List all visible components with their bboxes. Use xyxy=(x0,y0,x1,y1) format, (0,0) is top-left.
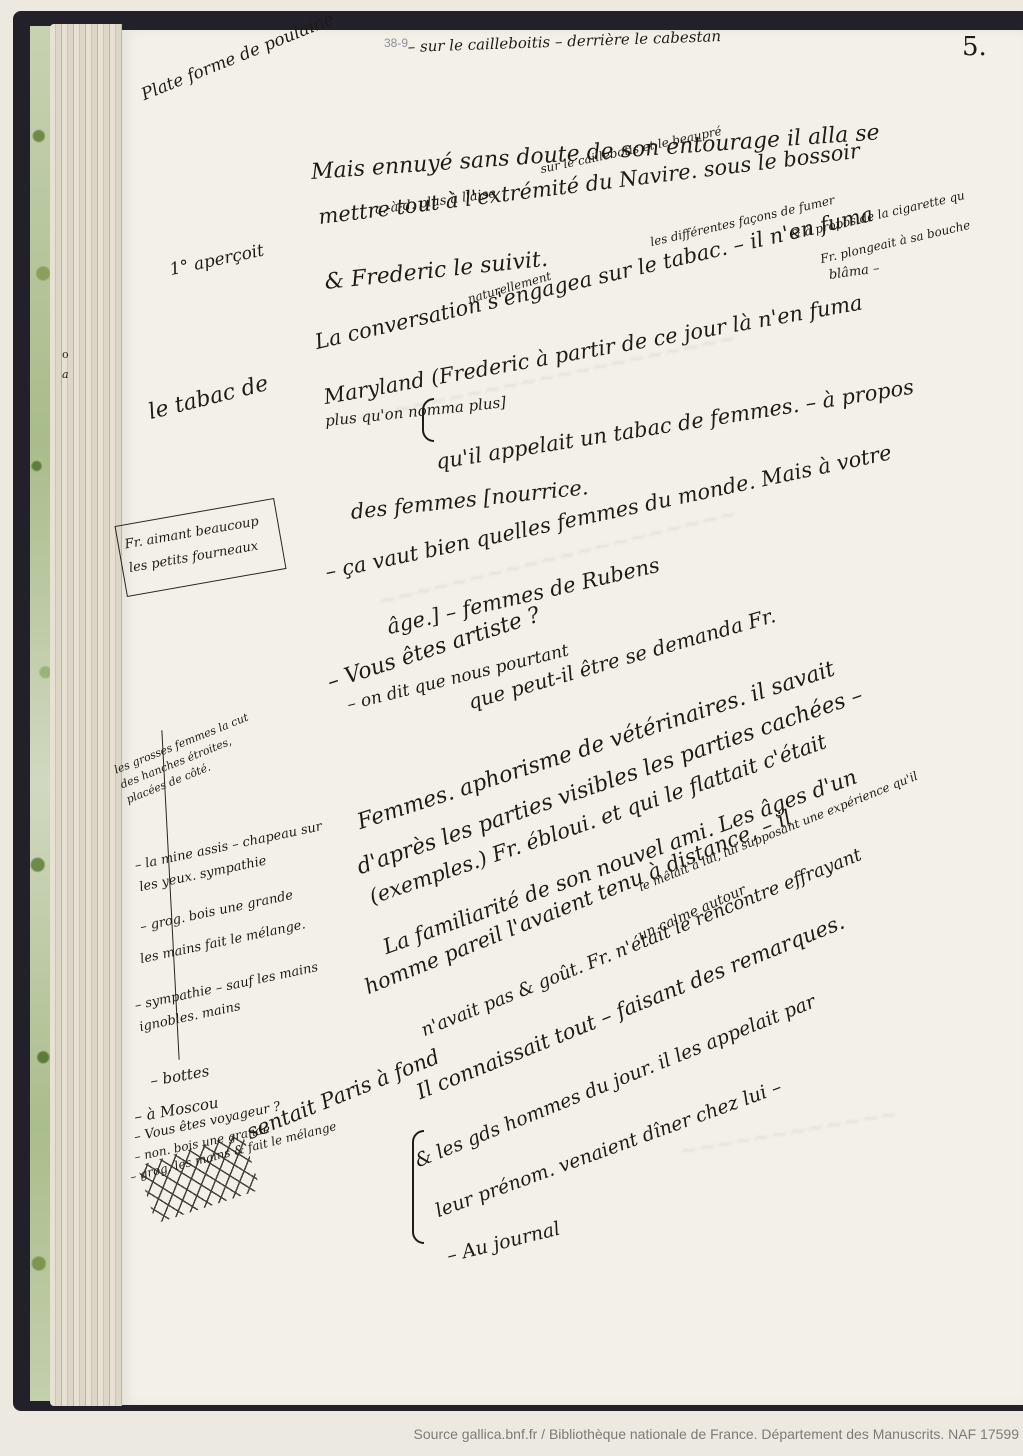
brace-mark xyxy=(422,398,434,442)
header-note-right: – sur le cailleboitis – derrière le cabe… xyxy=(407,27,721,56)
source-credit: Source gallica.bnf.fr / Bibliothèque nat… xyxy=(414,1426,1019,1442)
boxed-margin-note: Fr. aimant beaucoup les petits fourneaux xyxy=(114,498,286,597)
binding-margin-mark: o xyxy=(62,348,69,361)
text-line: sentait Paris à fond xyxy=(243,1045,443,1144)
page-edges xyxy=(50,24,122,1406)
manuscript-page: ~~~~~~~~~~~~~~~~~~~~~~ ~~~~~~~~~~~~~~~~~… xyxy=(122,30,1023,1405)
text-line: Maryland (Frederic à partir de ce jour l… xyxy=(322,290,864,409)
text-line: d'après les parties visibles les parties… xyxy=(354,683,866,880)
text-line: – Au journal xyxy=(445,1218,563,1267)
text-insertion: blâma – xyxy=(828,261,881,283)
margin-note: – bottes xyxy=(149,1062,211,1090)
margin-note: – la mine assis – chapeau sur les yeux. … xyxy=(133,812,348,899)
pencil-shelfmark: 38-9 xyxy=(384,36,408,50)
folio-number: 5. xyxy=(962,32,987,62)
margin-note: 1° aperçoit xyxy=(168,240,266,280)
binding-margin-mark: a xyxy=(62,368,69,381)
margin-note: le tabac de xyxy=(146,371,271,425)
margin-note: – sympathie – sauf les mains ignobles. m… xyxy=(133,954,338,1039)
marbled-endpaper xyxy=(30,26,52,1401)
margin-note: Fr. aimant beaucoup les petits fourneaux xyxy=(123,508,279,581)
margin-note: les grosses femmes la cut des hanches ét… xyxy=(112,707,269,808)
